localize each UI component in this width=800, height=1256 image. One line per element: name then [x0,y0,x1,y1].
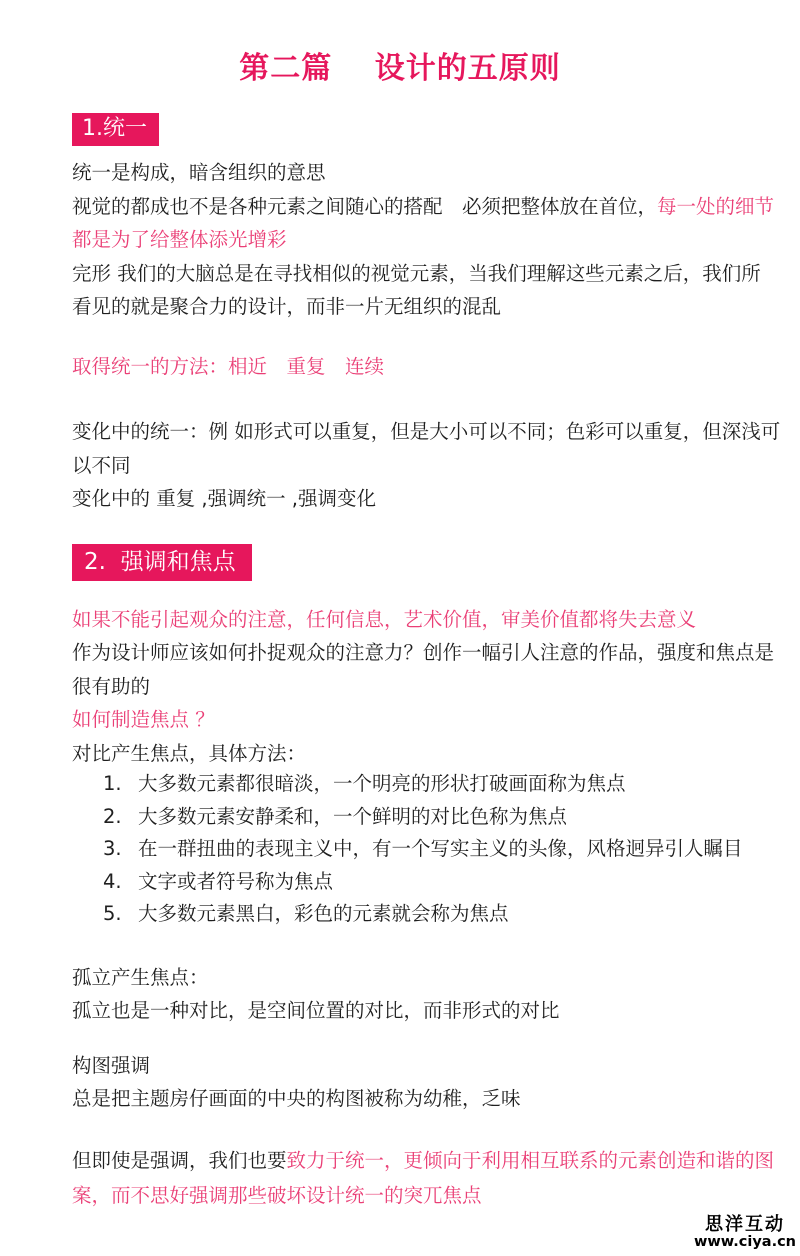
highlight-segment: 都是为了给整体添光增彩 [72,228,287,251]
text-line: 孤立产生焦点： [72,961,760,995]
text-segment: 以不同 [72,454,131,477]
watermark: 思洋互动 www.ciya.cn [694,1215,796,1250]
list-text: 文字或者符号称为焦点 [138,866,333,899]
list-item: 1.大多数元素都很暗淡，一个明亮的形状打破画面称为焦点 [72,768,760,801]
text-line: 变化中的统一：例 如形式可以重复，但是大小可以不同；色彩可以重复，但深浅可 [72,415,760,449]
text-line: 作为设计师应该如何扑捉观众的注意力？创作一幅引人注意的作品，强度和焦点是 [72,636,760,670]
highlight-line: 案，而不思好强调那些破坏设计统一的突兀焦点 [72,1178,760,1213]
text-line: 完形 我们的大脑总是在寻找相似的视觉元素，当我们理解这些元素之后，我们所 [72,257,760,291]
methods-line: 取得统一的方法：相近 重复 连续 [72,350,760,384]
text-line: 总是把主题房仔画面的中央的构图被称为幼稚，乏味 [72,1082,760,1116]
text-line: 孤立也是一种对比，是空间位置的对比，而非形式的对比 [72,994,760,1028]
section2-paragraph-4: 但即使是强调，我们也要致力于统一，更倾向于利用相互联系的元素创造和谐的图 案，而… [72,1143,760,1213]
list-text: 大多数元素黑白，彩色的元素就会称为焦点 [138,898,509,931]
highlight-segment: 致力于统一，更倾向于利用相互联系的元素创造和谐的图 [287,1149,775,1172]
text-segment: 作为设计师应该如何扑捉观众的注意力？创作一幅引人注意的作品，强度和焦点是 [72,641,774,664]
list-item: 2.大多数元素安静柔和，一个鲜明的对比色称为焦点 [72,801,760,834]
text-line: 统一是构成，暗含组织的意思 [72,156,760,190]
text-segment: 视觉的都成也不是各种元素之间随心的搭配 必须把整体放在首位， [72,195,657,218]
list-text: 大多数元素安静柔和，一个鲜明的对比色称为焦点 [138,801,567,834]
text-line: 看见的就是聚合力的设计，而非一片无组织的混乱 [72,290,760,324]
text-line: 以不同 [72,449,760,483]
list-number: 1. [103,768,138,801]
list-number: 4. [103,866,138,899]
list-number: 2. [103,801,138,834]
watermark-brand: 思洋互动 [694,1215,796,1234]
highlight-segment: 每一处的细节 [657,195,774,218]
text-segment: 变化中的 重复 ,强调统一 ,强调变化 [72,487,376,510]
section2-heading: 2. 强调和焦点 [72,544,252,581]
list-item: 4.文字或者符号称为焦点 [72,866,760,899]
list-item: 5.大多数元素黑白，彩色的元素就会称为焦点 [72,898,760,931]
list-item: 3.在一群扭曲的表现主义中，有一个写实主义的头像，风格迥异引人瞩目 [72,833,760,866]
text-segment: 孤立也是一种对比，是空间位置的对比，而非形式的对比 [72,999,560,1022]
section1-methods: 取得统一的方法：相近 重复 连续 [72,350,760,384]
text-line: 很有助的 [72,670,760,704]
text-segment: 总是把主题房仔画面的中央的构图被称为幼稚，乏味 [72,1087,521,1110]
page-title: 第二篇 设计的五原则 [0,50,800,88]
text-segment: 很有助的 [72,675,150,698]
document-page: 第二篇 设计的五原则 1.统一 统一是构成，暗含组织的意思 视觉的都成也不是各种… [0,0,800,1256]
section2-paragraph-1: 如果不能引起观众的注意，任何信息，艺术价值，审美价值都将失去意义 作为设计师应该… [72,603,760,771]
text-segment: 完形 我们的大脑总是在寻找相似的视觉元素，当我们理解这些元素之后，我们所 [72,262,761,285]
highlight-line: 如何制造焦点 ？ [72,703,760,737]
text-line: 视觉的都成也不是各种元素之间随心的搭配 必须把整体放在首位，每一处的细节 [72,190,760,224]
section1-paragraph-2: 变化中的统一：例 如形式可以重复，但是大小可以不同；色彩可以重复，但深浅可 以不… [72,415,760,516]
list-text: 在一群扭曲的表现主义中，有一个写实主义的头像，风格迥异引人瞩目 [138,833,743,866]
list-text: 大多数元素都很暗淡，一个明亮的形状打破画面称为焦点 [138,768,626,801]
text-line: 都是为了给整体添光增彩 [72,223,760,257]
text-segment: 统一是构成，暗含组织的意思 [72,161,326,184]
text-line: 变化中的 重复 ,强调统一 ,强调变化 [72,482,760,516]
section2-paragraph-3: 构图强调 总是把主题房仔画面的中央的构图被称为幼稚，乏味 [72,1049,760,1116]
text-segment: 但即使是强调，我们也要 [72,1149,287,1172]
text-segment: 对比产生焦点，具体方法： [72,742,306,765]
text-segment: 看见的就是聚合力的设计，而非一片无组织的混乱 [72,295,501,318]
document-content: 1.统一 统一是构成，暗含组织的意思 视觉的都成也不是各种元素之间随心的搭配 必… [72,88,760,1213]
text-segment: 孤立产生焦点： [72,966,209,989]
section1-heading: 1.统一 [72,113,159,146]
list-number: 3. [103,833,138,866]
text-line: 构图强调 [72,1049,760,1083]
list-number: 5. [103,898,138,931]
section1-paragraph-1: 统一是构成，暗含组织的意思 视觉的都成也不是各种元素之间随心的搭配 必须把整体放… [72,156,760,324]
text-segment: 变化中的统一：例 如形式可以重复，但是大小可以不同；色彩可以重复，但深浅可 [72,420,780,443]
highlight-line: 如果不能引起观众的注意，任何信息，艺术价值，审美价值都将失去意义 [72,603,760,637]
text-segment: 构图强调 [72,1054,150,1077]
section2-paragraph-2: 孤立产生焦点： 孤立也是一种对比，是空间位置的对比，而非形式的对比 [72,961,760,1028]
text-line: 对比产生焦点，具体方法： [72,737,760,771]
text-line: 但即使是强调，我们也要致力于统一，更倾向于利用相互联系的元素创造和谐的图 [72,1143,760,1178]
watermark-url: www.ciya.cn [694,1234,796,1250]
focus-methods-list: 1.大多数元素都很暗淡，一个明亮的形状打破画面称为焦点 2.大多数元素安静柔和，… [72,768,760,931]
